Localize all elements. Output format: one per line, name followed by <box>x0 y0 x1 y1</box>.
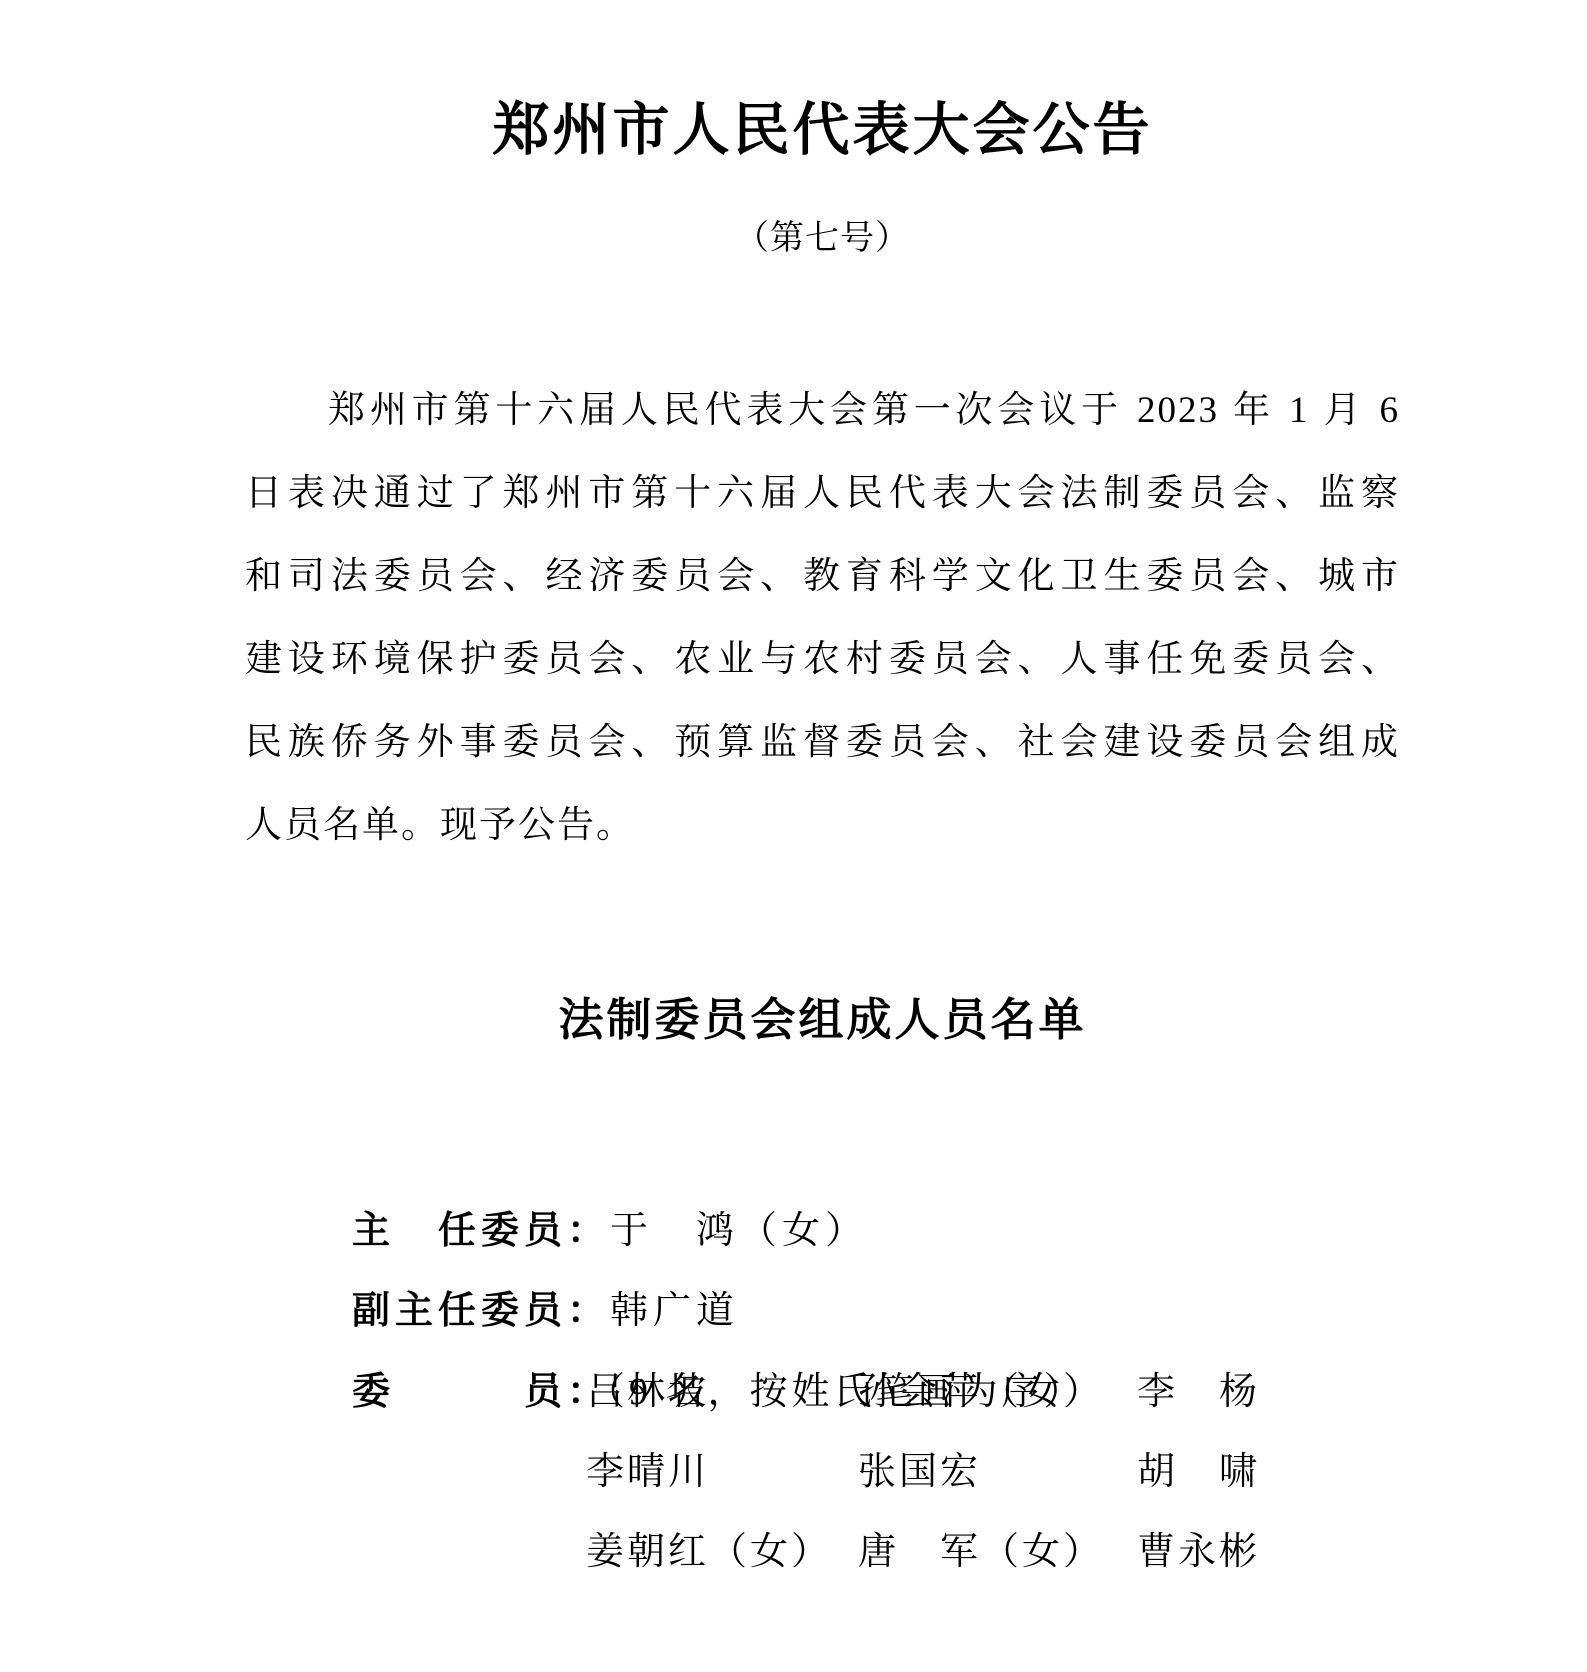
member-name: 张国宏 <box>858 1432 981 1512</box>
member-name: 姜朝红（女） <box>586 1512 832 1592</box>
paragraph-line: 民族侨务外事委员会、预算监督委员会、社会建设委员会组成 <box>245 701 1400 784</box>
member-name: 唐 军（女） <box>858 1512 1104 1592</box>
paragraph-line: 郑州市第十六届人民代表大会第一次会议于 2023 年 1 月 6 <box>245 369 1400 452</box>
member-name: 吕林坡 <box>586 1352 709 1432</box>
members-row: 委 员：（9 名，按姓氏笔画为序） <box>328 1272 1086 1352</box>
page-title: 郑州市人民代表大会公告 <box>245 96 1400 166</box>
issue-number: （第七号） <box>245 217 1400 261</box>
announcement-page: 郑州市人民代表大会公告 （第七号） 郑州市第十六届人民代表大会第一次会议于 20… <box>0 0 1587 1672</box>
paragraph-line: 和司法委员会、经济委员会、教育科学文化卫生委员会、城市 <box>245 535 1400 618</box>
member-name: 孙会萍（女） <box>858 1352 1104 1432</box>
chairman-row: 主 任委员：于 鸿（女） <box>328 1111 868 1191</box>
member-name: 胡 啸 <box>1137 1432 1260 1512</box>
vice-chairman-row: 副主任委员：韩广道 <box>328 1191 739 1271</box>
member-name: 李晴川 <box>586 1432 709 1512</box>
paragraph-line: 建设环境保护委员会、农业与农村委员会、人事任免委员会、 <box>245 618 1400 701</box>
paragraph-line: 人员名单。现予公告。 <box>245 784 1400 867</box>
member-name: 李 杨 <box>1137 1352 1260 1432</box>
members-label: 委 员： <box>352 1352 610 1432</box>
paragraph-line: 日表决通过了郑州市第十六届人民代表大会法制委员会、监察 <box>245 452 1400 535</box>
announcement-paragraph: 郑州市第十六届人民代表大会第一次会议于 2023 年 1 月 6 日表决通过了郑… <box>245 369 1400 867</box>
section-heading: 法制委员会组成人员名单 <box>245 992 1400 1048</box>
member-name: 曹永彬 <box>1137 1512 1260 1592</box>
